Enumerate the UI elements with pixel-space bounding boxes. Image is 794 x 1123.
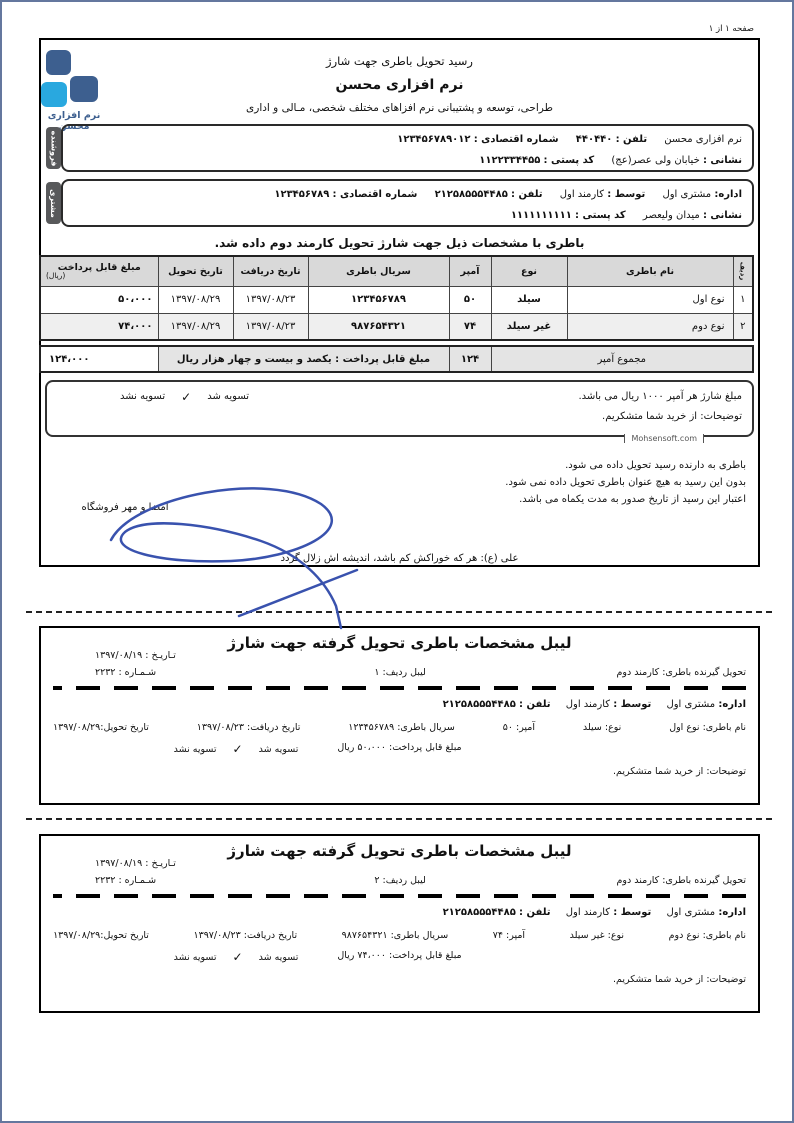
label-number: شـمـاره : ۲۲۳۲ [53,667,298,678]
cell-amp: ۷۴ [449,313,491,340]
thick-dashed-divider [53,686,746,690]
header-amount: مبلغ قابل پرداخت(ریال) [40,256,158,286]
check-icon: ✓ [233,742,243,756]
label-by-label: توسط : [613,699,651,710]
dashed-separator [26,818,772,820]
seller-name: نرم افزاری محسن [664,134,742,145]
total-amount-words: مبلغ قابل پرداخت : یکصد و بیست و چهار هز… [158,346,449,372]
spec-type: نوع: غیر سیلد [570,930,625,941]
spec-amp: آمپر: ۷۴ [493,930,525,941]
seller-phone-value: ۴۴۰۴۴۰ [576,134,613,145]
notes-box: مبلغ شارژ هر آمپر ۱۰۰۰ ریال می باشد. تسو… [45,380,754,437]
customer-by-label: توسط : [607,189,645,200]
label-phone-label: تلفن : [519,699,551,710]
spec-delivered: تاریخ تحویل:۱۳۹۷/۰۸/۲۹ [53,722,149,733]
header-type: نوع [491,256,567,286]
spec-type: نوع: سیلد [583,722,621,733]
table-intro: باطری با مشخصات ذیل جهت شارژ تحویل کارمن… [41,236,758,250]
label-card: لیبل مشخصات باطری تحویل گرفته جهت شارژ ت… [39,626,760,805]
spec-received: تاریخ دریافت: ۱۳۹۷/۰۸/۲۳ [197,722,301,733]
battery-table: ردیف نام باطری نوع آمپر سریال باطری تاری… [39,255,754,341]
customer-line-2: نشانی : میدان ولیعصر کد پستی : ۱۱۱۱۱۱۱۱۱… [71,205,742,226]
seller-postal-label: کد پستی : [544,155,595,166]
settled-label: تسویه شد [259,744,299,755]
customer-line-1: اداره: مشتری اول توسط : کارمند اول تلفن … [71,184,742,205]
customer-address-value: میدان ولیعصر [643,210,700,221]
customer-address-label: نشانی : [703,210,742,221]
header-amount-text: مبلغ قابل پرداخت [58,262,141,273]
customer-by-value: کارمند اول [560,189,604,200]
spec-received: تاریخ دریافت: ۱۳۹۷/۰۸/۲۳ [193,930,297,941]
label-receiver: تحویل گیرنده باطری: کارمند دوم [502,875,746,886]
label-phone-value: ۲۱۲۵۸۵۵۵۴۴۸۵ [443,699,516,710]
receipt-box: نرم افزاری محسن رسید تحویل باطری جهت شار… [39,38,760,567]
customer-tab: مشتری [46,182,61,224]
label-office-value: مشتری اول [666,699,715,710]
cell-amp: ۵۰ [449,286,491,313]
company-logo: نرم افزاری محسن [38,48,110,126]
check-icon: ✓ [181,387,191,407]
customer-postal-value: ۱۱۱۱۱۱۱۱۱۱ [511,210,572,221]
table-header-row: ردیف نام باطری نوع آمپر سریال باطری تاری… [40,256,753,286]
label-phone-label: تلفن : [519,907,551,918]
total-amount-value: ۱۲۴،۰۰۰ [40,346,158,372]
website-tag: Mohsensoft.com [624,434,704,443]
total-amps-value: ۱۲۴ [449,346,491,372]
seller-address-value: خیابان ولی عصر(عج) [611,155,699,166]
header-battery-name: نام باطری [567,256,733,286]
logo-square-dark-top [46,50,71,75]
receipt-title: رسید تحویل باطری جهت شارژ [41,54,758,68]
settled-label: تسویه شد [259,952,299,963]
receipt-header: رسید تحویل باطری جهت شارژ نرم افزاری محس… [41,54,758,114]
label-by-value: کارمند اول [566,699,610,710]
label-comments: توضیحات: از خرید شما متشکریم. [53,974,746,985]
table-row: ۲ نوع دوم غیر سیلد ۷۴ ۹۸۷۶۵۴۳۲۱ ۱۳۹۷/۰۸/… [40,313,753,340]
label-settlement-status: تسویه شد ✓ تسویه نشد [131,742,341,756]
page-number: صفحه ۱ از ۱ [709,24,754,34]
logo-square-light [41,82,67,107]
label-battery-specs: نام باطری: نوع اول نوع: سیلد آمپر: ۵۰ سر… [53,722,746,733]
cell-delivered-date: ۱۳۹۷/۰۸/۲۹ [158,286,233,313]
label-by-value: کارمند اول [566,907,610,918]
spec-serial: سریال باطری: ۱۲۳۴۵۶۷۸۹ [348,722,455,733]
terms-line: باطری به دارنده رسید تحویل داده می شود. [41,457,746,474]
seller-phone-label: تلفن : [616,134,648,145]
signature-scribble [89,478,389,633]
cell-row-number: ۲ [733,313,753,340]
cell-type: غیر سیلد [491,313,567,340]
spec-battery-name: نام باطری: نوع اول [669,722,746,733]
label-card: لیبل مشخصات باطری تحویل گرفته جهت شارژ ت… [39,834,760,1013]
label-receiver: تحویل گیرنده باطری: کارمند دوم [502,667,746,678]
customer-postal-label: کد پستی : [575,210,626,221]
label-settlement-status: تسویه شد ✓ تسویه نشد [131,950,341,964]
seller-box: فروشنده نرم افزاری محسن تلفن : ۴۴۰۴۴۰ شم… [61,124,754,172]
label-office-value: مشتری اول [666,907,715,918]
cell-type: سیلد [491,286,567,313]
label-row-ref: لیبل ردیف: ۲ [298,875,501,886]
cell-delivered-date: ۱۳۹۷/۰۸/۲۹ [158,313,233,340]
cell-amount: ۷۴،۰۰۰ [40,313,158,340]
logo-square-dark-right [70,76,98,102]
not-settled-label: تسویه نشد [120,387,165,407]
spec-amp: آمپر: ۵۰ [503,722,535,733]
cell-received-date: ۱۳۹۷/۰۸/۲۳ [233,313,308,340]
seller-line-1: نرم افزاری محسن تلفن : ۴۴۰۴۴۰ شماره اقتص… [71,129,742,150]
cell-serial: ۹۸۷۶۵۴۳۲۱ [308,313,449,340]
table-row: ۱ نوع اول سیلد ۵۰ ۱۲۳۴۵۶۷۸۹ ۱۳۹۷/۰۸/۲۳ ۱… [40,286,753,313]
spec-serial: سریال باطری: ۹۸۷۶۵۴۳۲۱ [342,930,449,941]
cell-battery-name: نوع دوم [567,313,733,340]
thick-dashed-divider [53,894,746,898]
customer-tab-label: مشتری [49,189,58,218]
totals-row: مجموع آمپر ۱۲۴ مبلغ قابل پرداخت : یکصد و… [39,345,754,373]
header-received-date: تاریخ دریافت [233,256,308,286]
not-settled-label: تسویه نشد [174,952,217,963]
customer-box: مشتری اداره: مشتری اول توسط : کارمند اول… [61,179,754,227]
label-office-label: اداره: [718,699,746,710]
customer-phone-label: تلفن : [511,189,543,200]
settlement-status: تسویه شد ✓ تسویه نشد [57,387,312,407]
company-name: نرم افزاری محسن [41,77,758,93]
page: { "page": { "page_info": "صفحه ۱ از ۱", … [0,0,794,1123]
customer-economic-label: شماره اقتصادی : [333,189,418,200]
header-serial: سریال باطری [308,256,449,286]
cell-received-date: ۱۳۹۷/۰۸/۲۳ [233,286,308,313]
comments-note: توضیحات: از خرید شما متشکریم. [57,407,742,427]
header-amp: آمپر [449,256,491,286]
customer-office-label: اداره: [714,189,742,200]
label-battery-specs: نام باطری: نوع دوم نوع: غیر سیلد آمپر: ۷… [53,930,746,941]
total-amps-label: مجموع آمپر [491,346,753,372]
cell-serial: ۱۲۳۴۵۶۷۸۹ [308,286,449,313]
seller-economic-value: ۱۲۳۴۵۶۷۸۹۰۱۲ [397,134,470,145]
settled-label: تسویه شد [207,387,249,407]
spec-delivered: تاریخ تحویل:۱۳۹۷/۰۸/۲۹ [53,930,149,941]
seller-tab-label: فروشنده [49,130,58,166]
customer-office-value: مشتری اول [662,189,711,200]
seller-line-2: نشانی : خیابان ولی عصر(عج) کد پستی : ۱۱۲… [71,150,742,171]
cell-amount: ۵۰،۰۰۰ [40,286,158,313]
cell-row-number: ۱ [733,286,753,313]
label-office-label: اداره: [718,907,746,918]
label-comments: توضیحات: از خرید شما متشکریم. [53,766,746,777]
cell-battery-name: نوع اول [567,286,733,313]
label-row-ref: لیبل ردیف: ۱ [298,667,501,678]
not-settled-label: تسویه نشد [174,744,217,755]
check-icon: ✓ [233,950,243,964]
seller-address-label: نشانی : [703,155,742,166]
label-phone-value: ۲۱۲۵۸۵۵۵۴۴۸۵ [443,907,516,918]
label-office-line: اداره: مشتری اول توسط : کارمند اول تلفن … [53,905,746,921]
spec-battery-name: نام باطری: نوع دوم [669,930,746,941]
header-row-number: ردیف [733,256,753,286]
customer-economic-value: ۱۲۳۴۵۶۷۸۹ [274,189,329,200]
seller-postal-value: ۱۱۲۲۳۳۴۴۵۵ [479,155,540,166]
customer-phone-value: ۲۱۲۵۸۵۵۵۴۴۸۵ [435,189,508,200]
company-tagline: طراحی، توسعه و پشتیبانی نرم افزاهای مختل… [41,102,758,114]
seller-economic-label: شماره اقتصادی : [474,134,559,145]
charge-note: مبلغ شارژ هر آمپر ۱۰۰۰ ریال می باشد. [312,387,742,407]
label-number: شـمـاره : ۲۲۳۲ [53,875,298,886]
label-office-line: اداره: مشتری اول توسط : کارمند اول تلفن … [53,697,746,713]
header-delivered-date: تاریخ تحویل [158,256,233,286]
seller-tab: فروشنده [46,127,61,169]
label-by-label: توسط : [613,907,651,918]
